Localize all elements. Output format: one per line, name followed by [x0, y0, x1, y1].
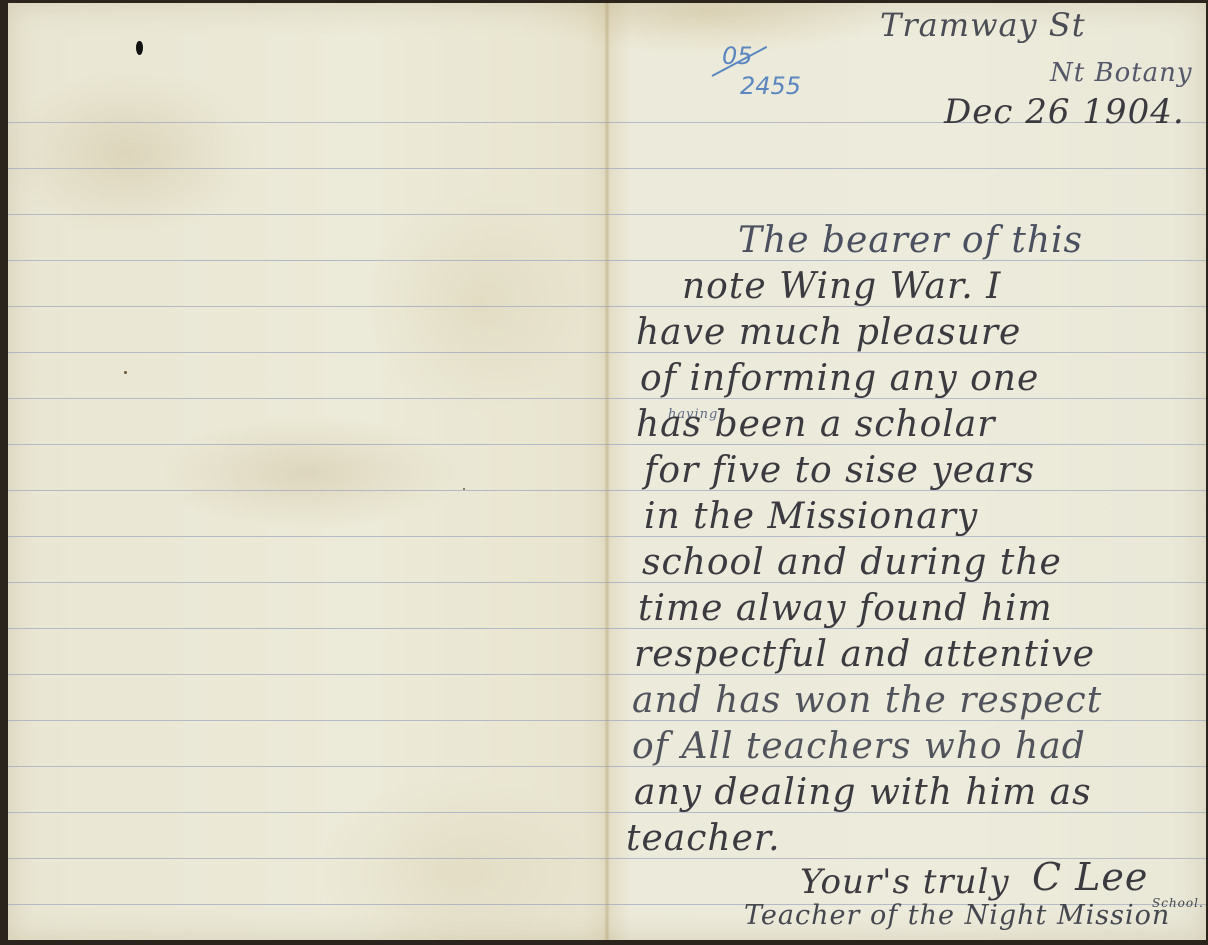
scanned-letter: 05 2455 Tramway St Nt Botany Dec 26 1904… — [0, 0, 1208, 945]
ink-blot — [136, 41, 143, 55]
letter-body: The bearer of this note Wing War. I have… — [620, 0, 1200, 945]
body-line: of informing any one — [640, 358, 1039, 399]
paper-speck — [124, 371, 127, 374]
body-line: The bearer of this — [738, 220, 1083, 261]
body-line: note Wing War. I — [682, 266, 1001, 307]
body-line: of All teachers who had — [632, 726, 1086, 767]
body-line: have much pleasure — [636, 312, 1021, 353]
paper-speck — [463, 488, 465, 490]
signature: C Lee — [1032, 855, 1148, 899]
body-line: in the Missionary — [644, 496, 978, 537]
closing-salutation: Your's truly — [800, 862, 1010, 902]
body-line: respectful and attentive — [634, 634, 1095, 675]
body-line: school and during the — [642, 542, 1062, 583]
body-line: has been a scholar — [636, 404, 995, 445]
body-line: teacher. — [626, 818, 781, 859]
signer-title: Teacher of the Night Mission — [744, 900, 1170, 931]
body-line: for five to sise years — [644, 450, 1035, 491]
body-line: time alway found him — [638, 588, 1053, 629]
body-line: any dealing with him as — [634, 772, 1092, 813]
signer-title-superscript: School. — [1152, 896, 1204, 910]
center-fold-crease — [604, 3, 610, 940]
body-line: and has won the respect — [632, 680, 1102, 721]
